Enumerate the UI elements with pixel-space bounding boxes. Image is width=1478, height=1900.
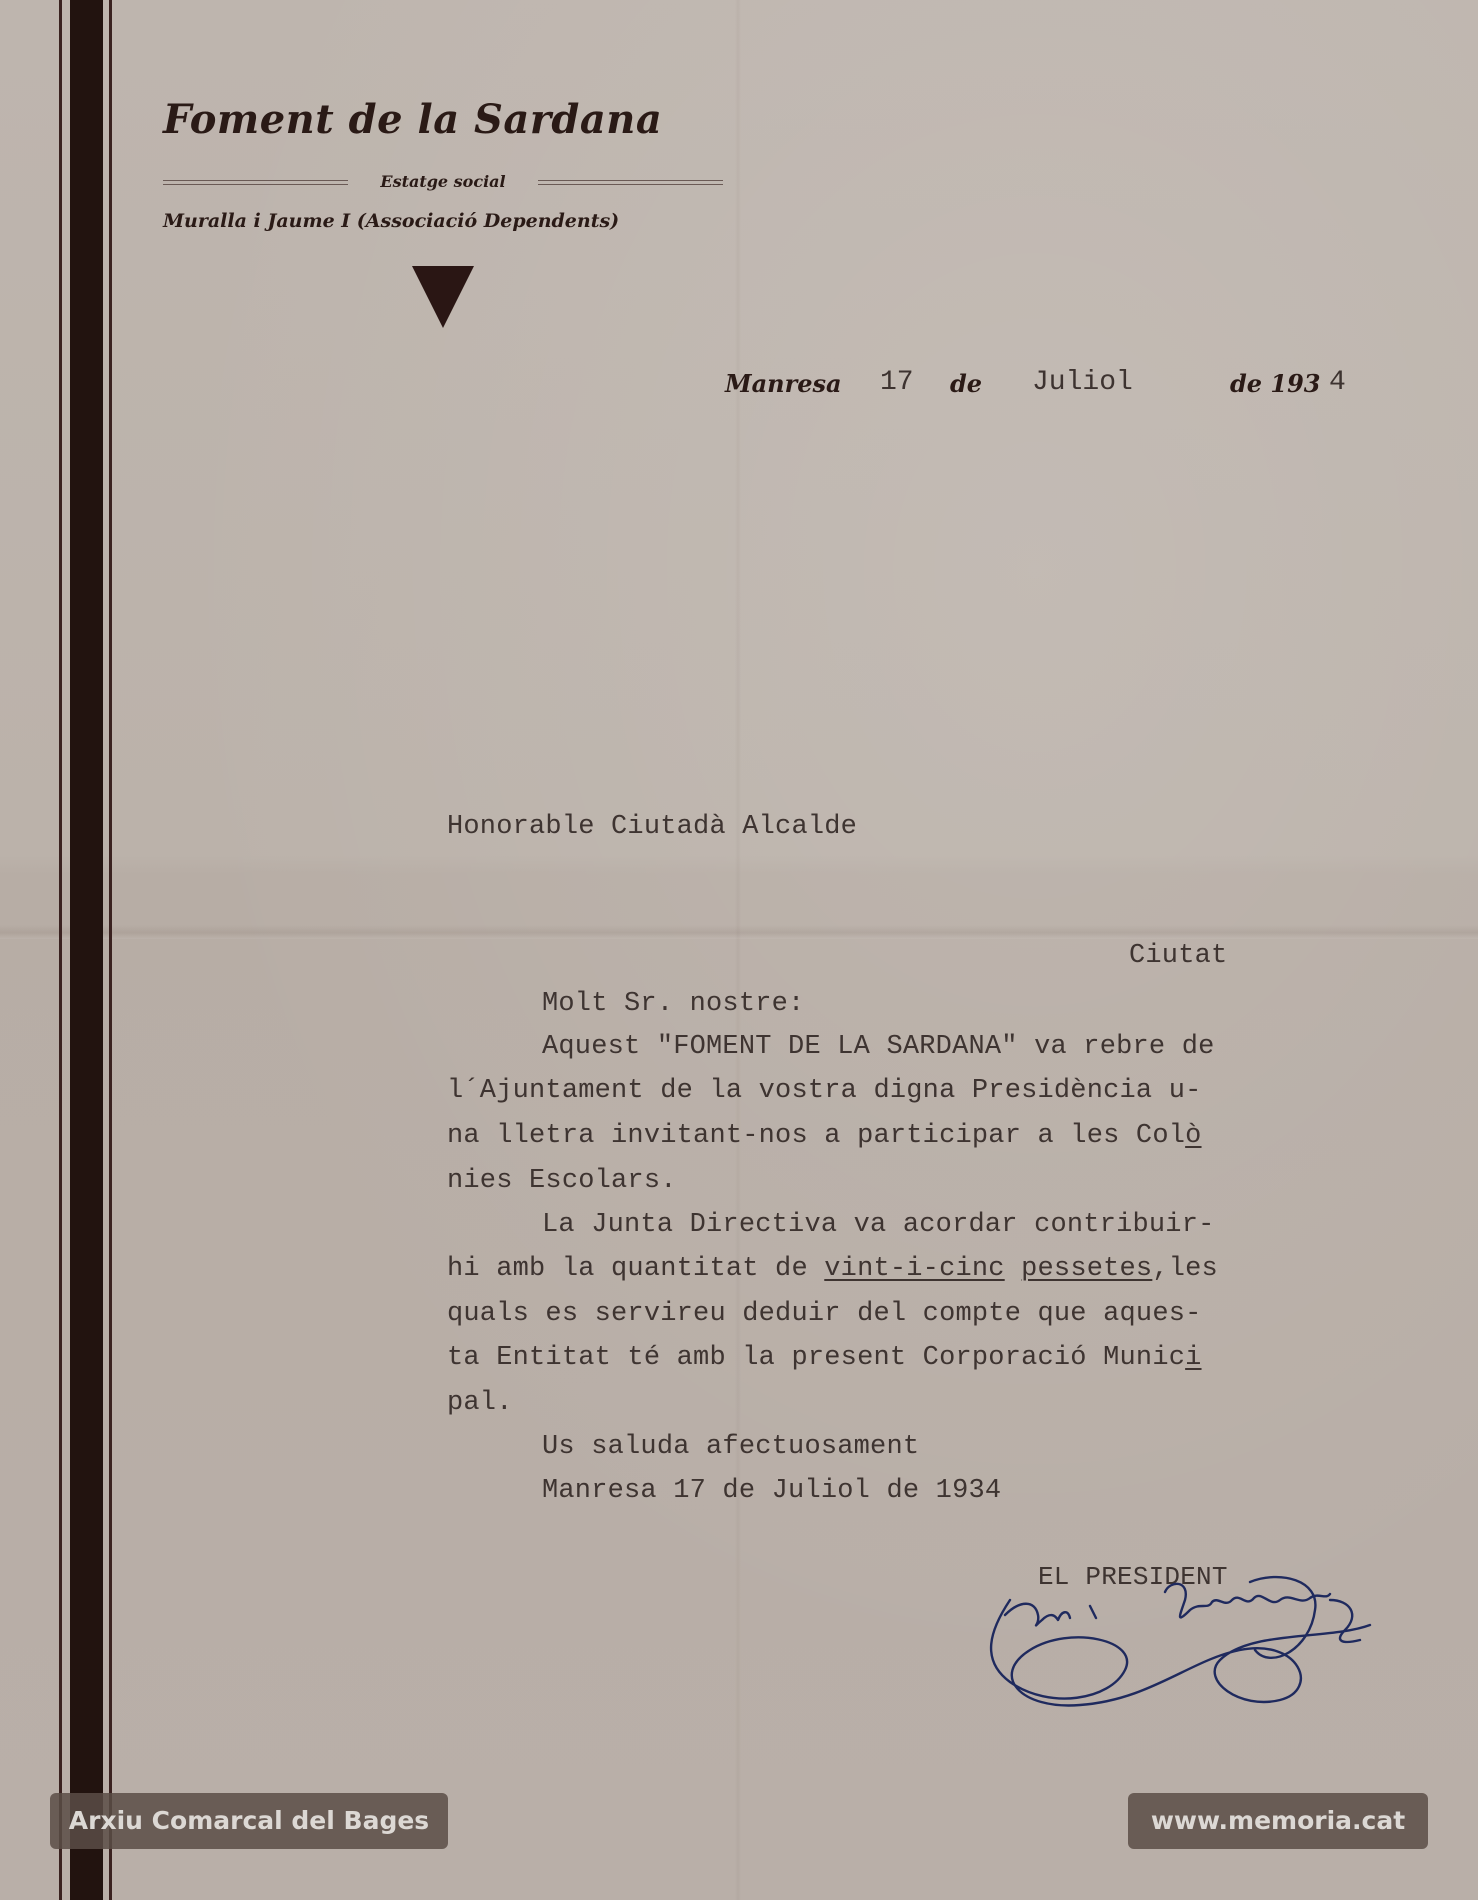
- body-line: ta Entitat té amb la present Corporació …: [447, 1343, 1202, 1373]
- down-triangle-icon: [412, 266, 474, 328]
- left-border-thin-line-inner: [109, 0, 112, 1900]
- date-month: Juliol: [1032, 367, 1133, 398]
- date-de: de: [950, 369, 982, 398]
- body-line: pal.: [447, 1388, 513, 1418]
- body-text: hi amb la quantitat de: [447, 1254, 824, 1284]
- date-place: Manresa: [725, 369, 842, 398]
- website-watermark[interactable]: www.memoria.cat: [1128, 1793, 1428, 1849]
- body-text: na lletra invitant-nos a participar a le…: [447, 1121, 1185, 1151]
- greeting: Molt Sr. nostre:: [542, 989, 804, 1019]
- body-text: [1005, 1254, 1021, 1284]
- body-line: hi amb la quantitat de vint-i-cinc pesse…: [447, 1254, 1218, 1284]
- closing: Us saluda afectuosament: [542, 1432, 919, 1462]
- body-text: ta Entitat té amb la present Corporació …: [447, 1343, 1185, 1373]
- body-text: ,les: [1152, 1254, 1218, 1284]
- body-line: nies Escolars.: [447, 1166, 677, 1196]
- signature-icon: [950, 1570, 1410, 1720]
- recipient-title: Honorable Ciutadà Alcalde: [447, 812, 857, 842]
- archive-watermark: Arxiu Comarcal del Bages: [50, 1793, 448, 1849]
- currency-word: pessetes: [1021, 1254, 1152, 1284]
- recipient-city: Ciutat: [1129, 941, 1227, 971]
- body-text-underlined: i: [1185, 1343, 1201, 1373]
- vertical-fold-line: [735, 0, 741, 1900]
- closing-date: Manresa 17 de Juliol de 1934: [542, 1476, 1001, 1506]
- body-line: quals es servireu deduir del compte que …: [447, 1299, 1202, 1329]
- body-line: l´Ajuntament de la vostra digna Presidèn…: [447, 1076, 1202, 1106]
- body-text-underlined: ò: [1185, 1121, 1201, 1151]
- date-year-prefix: de 193: [1230, 369, 1321, 398]
- letterhead-rule-row: Estatge social: [163, 172, 723, 192]
- letterhead-title: Foment de la Sardana: [163, 96, 723, 143]
- left-border-thick-band: [70, 0, 103, 1900]
- letterhead-rule-right: [538, 180, 723, 185]
- date-year-digit: 4: [1329, 367, 1346, 398]
- body-line: La Junta Directiva va acordar contribuir…: [542, 1210, 1215, 1240]
- letterhead-address: Muralla i Jaume I (Associació Dependents…: [163, 210, 733, 232]
- body-line: na lletra invitant-nos a participar a le…: [447, 1121, 1202, 1151]
- left-border-thin-line: [59, 0, 62, 1900]
- amount-words: vint-i-cinc: [824, 1254, 1004, 1284]
- body-line: Aquest "FOMENT DE LA SARDANA" va rebre d…: [542, 1032, 1215, 1062]
- date-day: 17: [880, 367, 914, 398]
- date-line: Manresa 17 de Juliol de 193 4: [725, 365, 1365, 405]
